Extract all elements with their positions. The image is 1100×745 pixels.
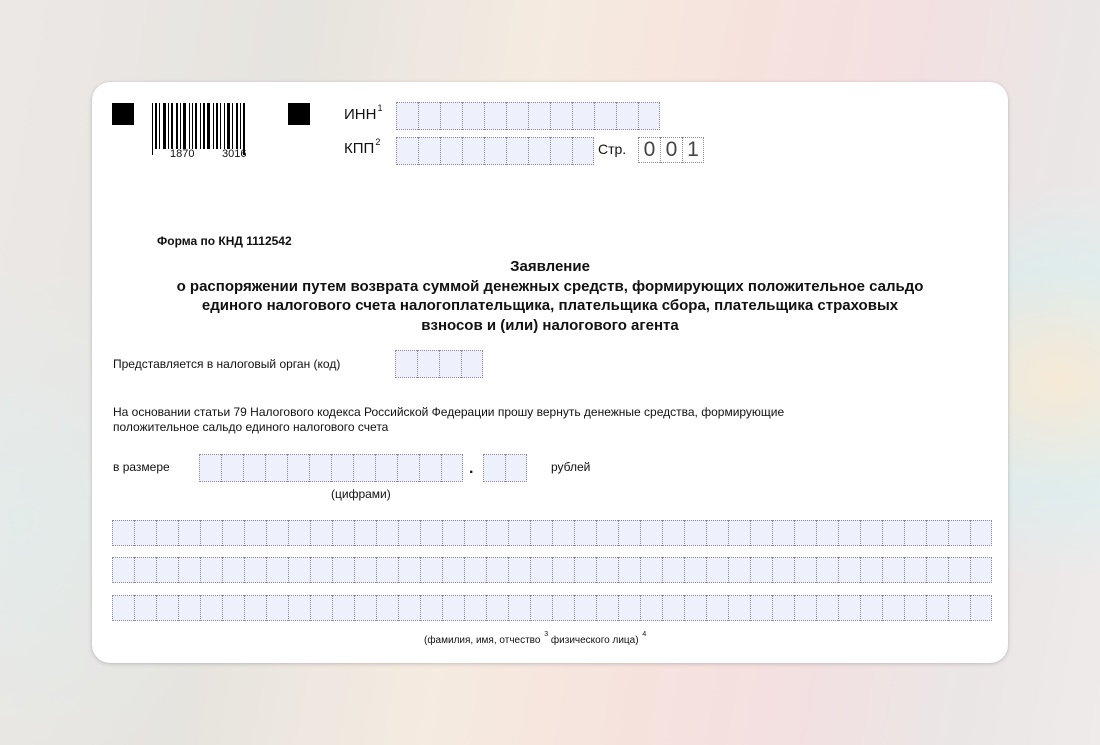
input-cell[interactable] [904,557,926,583]
name-hint-part-1: (фамилия, имя, отчество [424,635,540,646]
input-cell[interactable] [640,595,662,621]
input-cell[interactable] [838,520,860,546]
input-cell[interactable] [970,557,992,583]
input-cell[interactable] [288,520,310,546]
decimal-separator: . [469,460,473,478]
barcode-bar [227,103,230,149]
name-input-row-3[interactable] [112,595,992,621]
barcode-bar [171,103,173,149]
title-line-1: Заявление [110,257,990,277]
input-cell[interactable] [574,595,596,621]
input-cell[interactable] [948,595,970,621]
name-hint-part-2: физического лица) [551,635,639,646]
barcode-bar [155,103,157,149]
kpp-label: КПП2 [344,140,380,157]
input-cell[interactable] [618,520,640,546]
barcode-bar [236,103,238,149]
input-cell[interactable] [442,520,464,546]
input-cell[interactable] [287,454,309,482]
basis-text-line-1: На основании статьи 79 Налогового кодекс… [113,405,784,419]
input-cell[interactable] [882,595,904,621]
input-cell[interactable] [222,557,244,583]
input-cell[interactable] [506,137,528,165]
input-cell[interactable] [420,595,442,621]
input-cell[interactable] [750,595,772,621]
title-line-3: единого налогового счета налогоплательщи… [110,296,990,316]
input-cell[interactable] [594,102,616,130]
input-cell[interactable] [222,595,244,621]
barcode-bar [232,103,233,149]
input-cell[interactable] [439,350,461,378]
barcode-bar [163,103,166,149]
input-cell[interactable] [484,137,506,165]
input-cell[interactable] [332,557,354,583]
barcode-bar [159,103,160,149]
input-cell[interactable] [838,595,860,621]
barcode-bar [183,103,186,149]
amount-label: в размере [113,460,170,474]
input-cell[interactable] [506,102,528,130]
input-cell[interactable] [486,520,508,546]
input-cell[interactable] [354,520,376,546]
input-cell[interactable] [221,454,243,482]
input-cell[interactable] [112,595,134,621]
input-cell[interactable] [156,595,178,621]
input-cell[interactable] [794,520,816,546]
input-cell[interactable] [398,520,420,546]
input-cell[interactable] [618,595,640,621]
page-digit-cell: 1 [682,137,704,163]
input-cell[interactable] [442,557,464,583]
input-cell[interactable] [794,557,816,583]
input-cell[interactable] [178,520,200,546]
input-cell[interactable] [418,102,440,130]
input-cell[interactable] [574,520,596,546]
input-cell[interactable] [440,102,462,130]
input-cell[interactable] [904,520,926,546]
currency-label: рублей [551,460,590,474]
input-cell[interactable] [376,557,398,583]
input-cell[interactable] [728,595,750,621]
input-cell[interactable] [310,557,332,583]
amount-hint: (цифрами) [331,487,391,501]
input-cell[interactable] [462,102,484,130]
alignment-marker-right [288,103,310,125]
input-cell[interactable] [396,102,418,130]
input-cell[interactable] [266,595,288,621]
input-cell[interactable] [530,557,552,583]
amount-fraction-input[interactable] [483,454,527,482]
input-cell[interactable] [486,557,508,583]
input-cell[interactable] [156,520,178,546]
input-cell[interactable] [462,137,484,165]
input-cell[interactable] [375,454,397,482]
input-cell[interactable] [552,557,574,583]
input-cell[interactable] [530,520,552,546]
page-label: Стр. [598,141,626,157]
barcode-bar [152,103,153,155]
input-cell[interactable] [508,557,530,583]
input-cell[interactable] [528,102,550,130]
input-cell[interactable] [353,454,375,482]
input-cell[interactable] [662,520,684,546]
page-digit-cell: 0 [638,137,660,163]
input-cell[interactable] [178,595,200,621]
inn-input[interactable] [396,102,660,130]
input-cell[interactable] [550,137,572,165]
input-cell[interactable] [419,454,441,482]
knd-form-code: Форма по КНД 1112542 [157,234,292,248]
title-line-2: о распоряжении путем возврата суммой ден… [110,277,990,297]
barcode [152,103,270,149]
input-cell[interactable] [706,557,728,583]
input-cell[interactable] [706,520,728,546]
input-cell[interactable] [199,454,221,482]
inn-footnote: 1 [377,103,382,113]
input-cell[interactable] [552,520,574,546]
input-cell[interactable] [684,557,706,583]
barcode-bar [240,103,241,149]
input-cell[interactable] [508,520,530,546]
input-cell[interactable] [266,557,288,583]
name-hint-footnote-4: 4 [642,631,646,638]
input-cell[interactable] [332,520,354,546]
input-cell[interactable] [528,137,550,165]
input-cell[interactable] [200,595,222,621]
name-input-row-2[interactable] [112,557,992,583]
input-cell[interactable] [596,595,618,621]
input-cell[interactable] [112,557,134,583]
input-cell[interactable] [461,350,483,378]
input-cell[interactable] [332,595,354,621]
input-cell[interactable] [200,557,222,583]
input-cell[interactable] [484,102,506,130]
input-cell[interactable] [640,557,662,583]
barcode-bar [224,103,225,149]
input-cell[interactable] [550,102,572,130]
kpp-label-text: КПП [344,140,374,157]
input-cell[interactable] [638,102,660,130]
input-cell[interactable] [464,557,486,583]
input-cell[interactable] [860,520,882,546]
input-cell[interactable] [970,520,992,546]
input-cell[interactable] [376,520,398,546]
basis-text-line-2: положительное сальдо единого налогового … [113,420,388,434]
input-cell[interactable] [464,520,486,546]
input-cell[interactable] [244,520,266,546]
input-cell[interactable] [398,595,420,621]
barcode-bar [189,103,190,149]
input-cell[interactable] [904,595,926,621]
input-cell[interactable] [266,520,288,546]
barcode-bar [176,103,178,149]
input-cell[interactable] [728,557,750,583]
input-cell[interactable] [397,454,419,482]
page-number-field: 001 [638,137,704,163]
input-cell[interactable] [574,557,596,583]
input-cell[interactable] [596,557,618,583]
input-cell[interactable] [684,595,706,621]
inn-label-text: ИНН [344,106,376,123]
tax-authority-label: Представляется в налоговый орган (код) [113,357,340,371]
amount-integer-input[interactable] [199,454,463,482]
barcode-bar [213,103,214,149]
input-cell[interactable] [970,595,992,621]
input-cell[interactable] [572,102,594,130]
input-cell[interactable] [395,350,417,378]
input-cell[interactable] [417,350,439,378]
input-cell[interactable] [572,137,594,165]
input-cell[interactable] [926,557,948,583]
name-input-row-1[interactable] [112,520,992,546]
input-cell[interactable] [816,595,838,621]
input-cell[interactable] [750,557,772,583]
input-cell[interactable] [396,137,418,165]
barcode-bar [200,103,201,149]
barcode-bar [216,103,218,149]
input-cell[interactable] [265,454,287,482]
input-cell[interactable] [244,595,266,621]
input-cell[interactable] [309,454,331,482]
input-cell[interactable] [508,595,530,621]
input-cell[interactable] [420,520,442,546]
input-cell[interactable] [816,520,838,546]
input-cell[interactable] [948,520,970,546]
input-cell[interactable] [860,595,882,621]
barcode-bar [168,103,169,149]
input-cell[interactable] [483,454,505,482]
input-cell[interactable] [838,557,860,583]
kpp-footnote: 2 [375,137,380,147]
input-cell[interactable] [441,454,463,482]
input-cell[interactable] [882,520,904,546]
barcode-number-left: 1870 [170,148,194,160]
tax-authority-code-input[interactable] [395,350,483,378]
input-cell[interactable] [772,557,794,583]
input-cell[interactable] [860,557,882,583]
input-cell[interactable] [310,595,332,621]
input-cell[interactable] [420,557,442,583]
input-cell[interactable] [616,102,638,130]
input-cell[interactable] [486,595,508,621]
input-cell[interactable] [244,557,266,583]
name-hint: (фамилия, имя, отчество 3 физического ли… [424,634,646,649]
input-cell[interactable] [442,595,464,621]
barcode-number-right: 3016 [222,148,246,160]
alignment-marker-left [112,103,134,125]
barcode-bar [220,103,221,149]
title-line-4: взносов и (или) налогового агента [110,316,990,336]
inn-label: ИНН1 [344,106,382,123]
input-cell[interactable] [418,137,440,165]
input-cell[interactable] [750,520,772,546]
input-cell[interactable] [134,595,156,621]
input-cell[interactable] [200,520,222,546]
input-cell[interactable] [156,557,178,583]
input-cell[interactable] [948,557,970,583]
input-cell[interactable] [505,454,527,482]
input-cell[interactable] [243,454,265,482]
input-cell[interactable] [530,595,552,621]
input-cell[interactable] [222,520,244,546]
barcode-bar [207,103,210,149]
input-cell[interactable] [596,520,618,546]
input-cell[interactable] [882,557,904,583]
input-cell[interactable] [464,595,486,621]
input-cell[interactable] [640,520,662,546]
input-cell[interactable] [134,520,156,546]
input-cell[interactable] [288,595,310,621]
barcode-bar [203,103,205,149]
kpp-input[interactable] [396,137,594,165]
barcode-bar [192,103,193,149]
input-cell[interactable] [178,557,200,583]
input-cell[interactable] [816,557,838,583]
input-cell[interactable] [772,520,794,546]
input-cell[interactable] [310,520,332,546]
input-cell[interactable] [728,520,750,546]
name-hint-footnote-3: 3 [544,631,548,638]
input-cell[interactable] [331,454,353,482]
input-cell[interactable] [288,557,310,583]
barcode-bar [180,103,181,149]
input-cell[interactable] [134,557,156,583]
form-title: Заявление о распоряжении путем возврата … [110,257,990,335]
input-cell[interactable] [926,595,948,621]
barcode-bar [195,103,197,149]
input-cell[interactable] [354,557,376,583]
input-cell[interactable] [772,595,794,621]
input-cell[interactable] [662,557,684,583]
input-cell[interactable] [662,595,684,621]
input-cell[interactable] [552,595,574,621]
input-cell[interactable] [376,595,398,621]
input-cell[interactable] [926,520,948,546]
input-cell[interactable] [112,520,134,546]
input-cell[interactable] [440,137,462,165]
input-cell[interactable] [794,595,816,621]
input-cell[interactable] [398,557,420,583]
input-cell[interactable] [618,557,640,583]
input-cell[interactable] [684,520,706,546]
page-digit-cell: 0 [660,137,682,163]
input-cell[interactable] [354,595,376,621]
input-cell[interactable] [706,595,728,621]
